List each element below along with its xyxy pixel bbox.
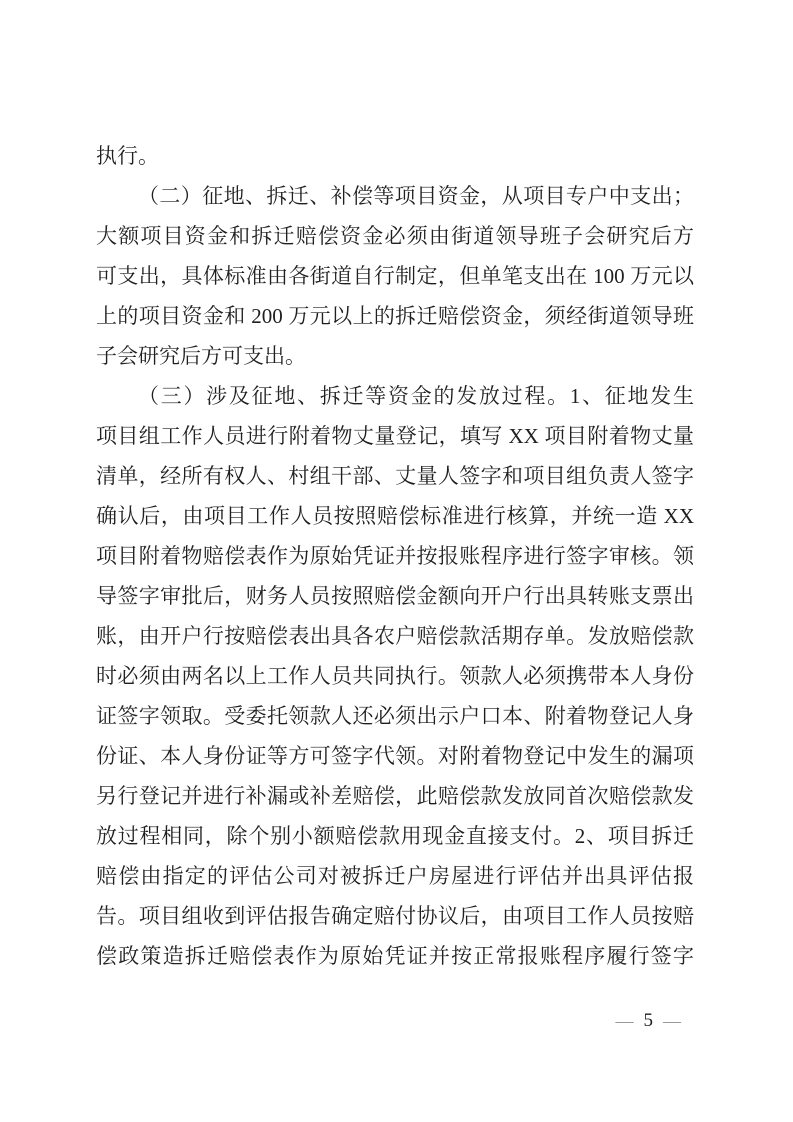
page-number-dash-left: — [616, 1011, 634, 1032]
text-line: 子会研究后方可支出。 [96, 336, 694, 376]
document-body: 执行。 （二）征地、拆迁、补偿等项目资金，从项目专户中支出； 大额项目资金和拆迁… [96, 136, 694, 976]
text-line: 清单，经所有权人、村组干部、丈量人签字和项目组负责人签字 [96, 456, 694, 496]
text-line: （二）征地、拆迁、补偿等项目资金，从项目专户中支出； [96, 176, 694, 216]
text-line: 证签字领取。受委托领款人还必须出示户口本、附着物登记人身 [96, 696, 694, 736]
text-line: 确认后，由项目工作人员按照赔偿标准进行核算，并统一造 XX [96, 496, 694, 536]
page-number-dash-right: — [663, 1011, 681, 1032]
text-line: 账，由开户行按赔偿表出具各农户赔偿款活期存单。发放赔偿款 [96, 616, 694, 656]
text-line: 偿政策造拆迁赔偿表作为原始凭证并按正常报账程序履行签字 [96, 936, 694, 976]
text-line: （三）涉及征地、拆迁等资金的发放过程。1、征地发生后， [96, 376, 694, 416]
text-line: 份证、本人身份证等方可签字代领。对附着物登记中发生的漏项 [96, 736, 694, 776]
text-line: 项目组工作人员进行附着物丈量登记，填写 XX 项目附着物丈量 [96, 416, 694, 456]
document-page: 执行。 （二）征地、拆迁、补偿等项目资金，从项目专户中支出； 大额项目资金和拆迁… [0, 0, 793, 1122]
text-line: 大额项目资金和拆迁赔偿资金必须由街道领导班子会研究后方 [96, 216, 694, 256]
text-line: 可支出，具体标准由各街道自行制定，但单笔支出在 100 万元以 [96, 256, 694, 296]
page-number-value: 5 [644, 1010, 654, 1032]
text-line: 时必须由两名以上工作人员共同执行。领款人必须携带本人身份 [96, 656, 694, 696]
text-line: 赔偿由指定的评估公司对被拆迁户房屋进行评估并出具评估报 [96, 856, 694, 896]
text-line: 导签字审批后，财务人员按照赔偿金额向开户行出具转账支票出 [96, 576, 694, 616]
text-line: 执行。 [96, 136, 694, 176]
page-number: — 5 — [616, 1006, 682, 1036]
text-line: 项目附着物赔偿表作为原始凭证并按报账程序进行签字审核。领 [96, 536, 694, 576]
text-line: 放过程相同，除个别小额赔偿款用现金直接支付。2、项目拆迁 [96, 816, 694, 856]
text-line: 另行登记并进行补漏或补差赔偿，此赔偿款发放同首次赔偿款发 [96, 776, 694, 816]
text-line: 上的项目资金和 200 万元以上的拆迁赔偿资金，须经街道领导班 [96, 296, 694, 336]
text-line: 告。项目组收到评估报告确定赔付协议后，由项目工作人员按赔 [96, 896, 694, 936]
